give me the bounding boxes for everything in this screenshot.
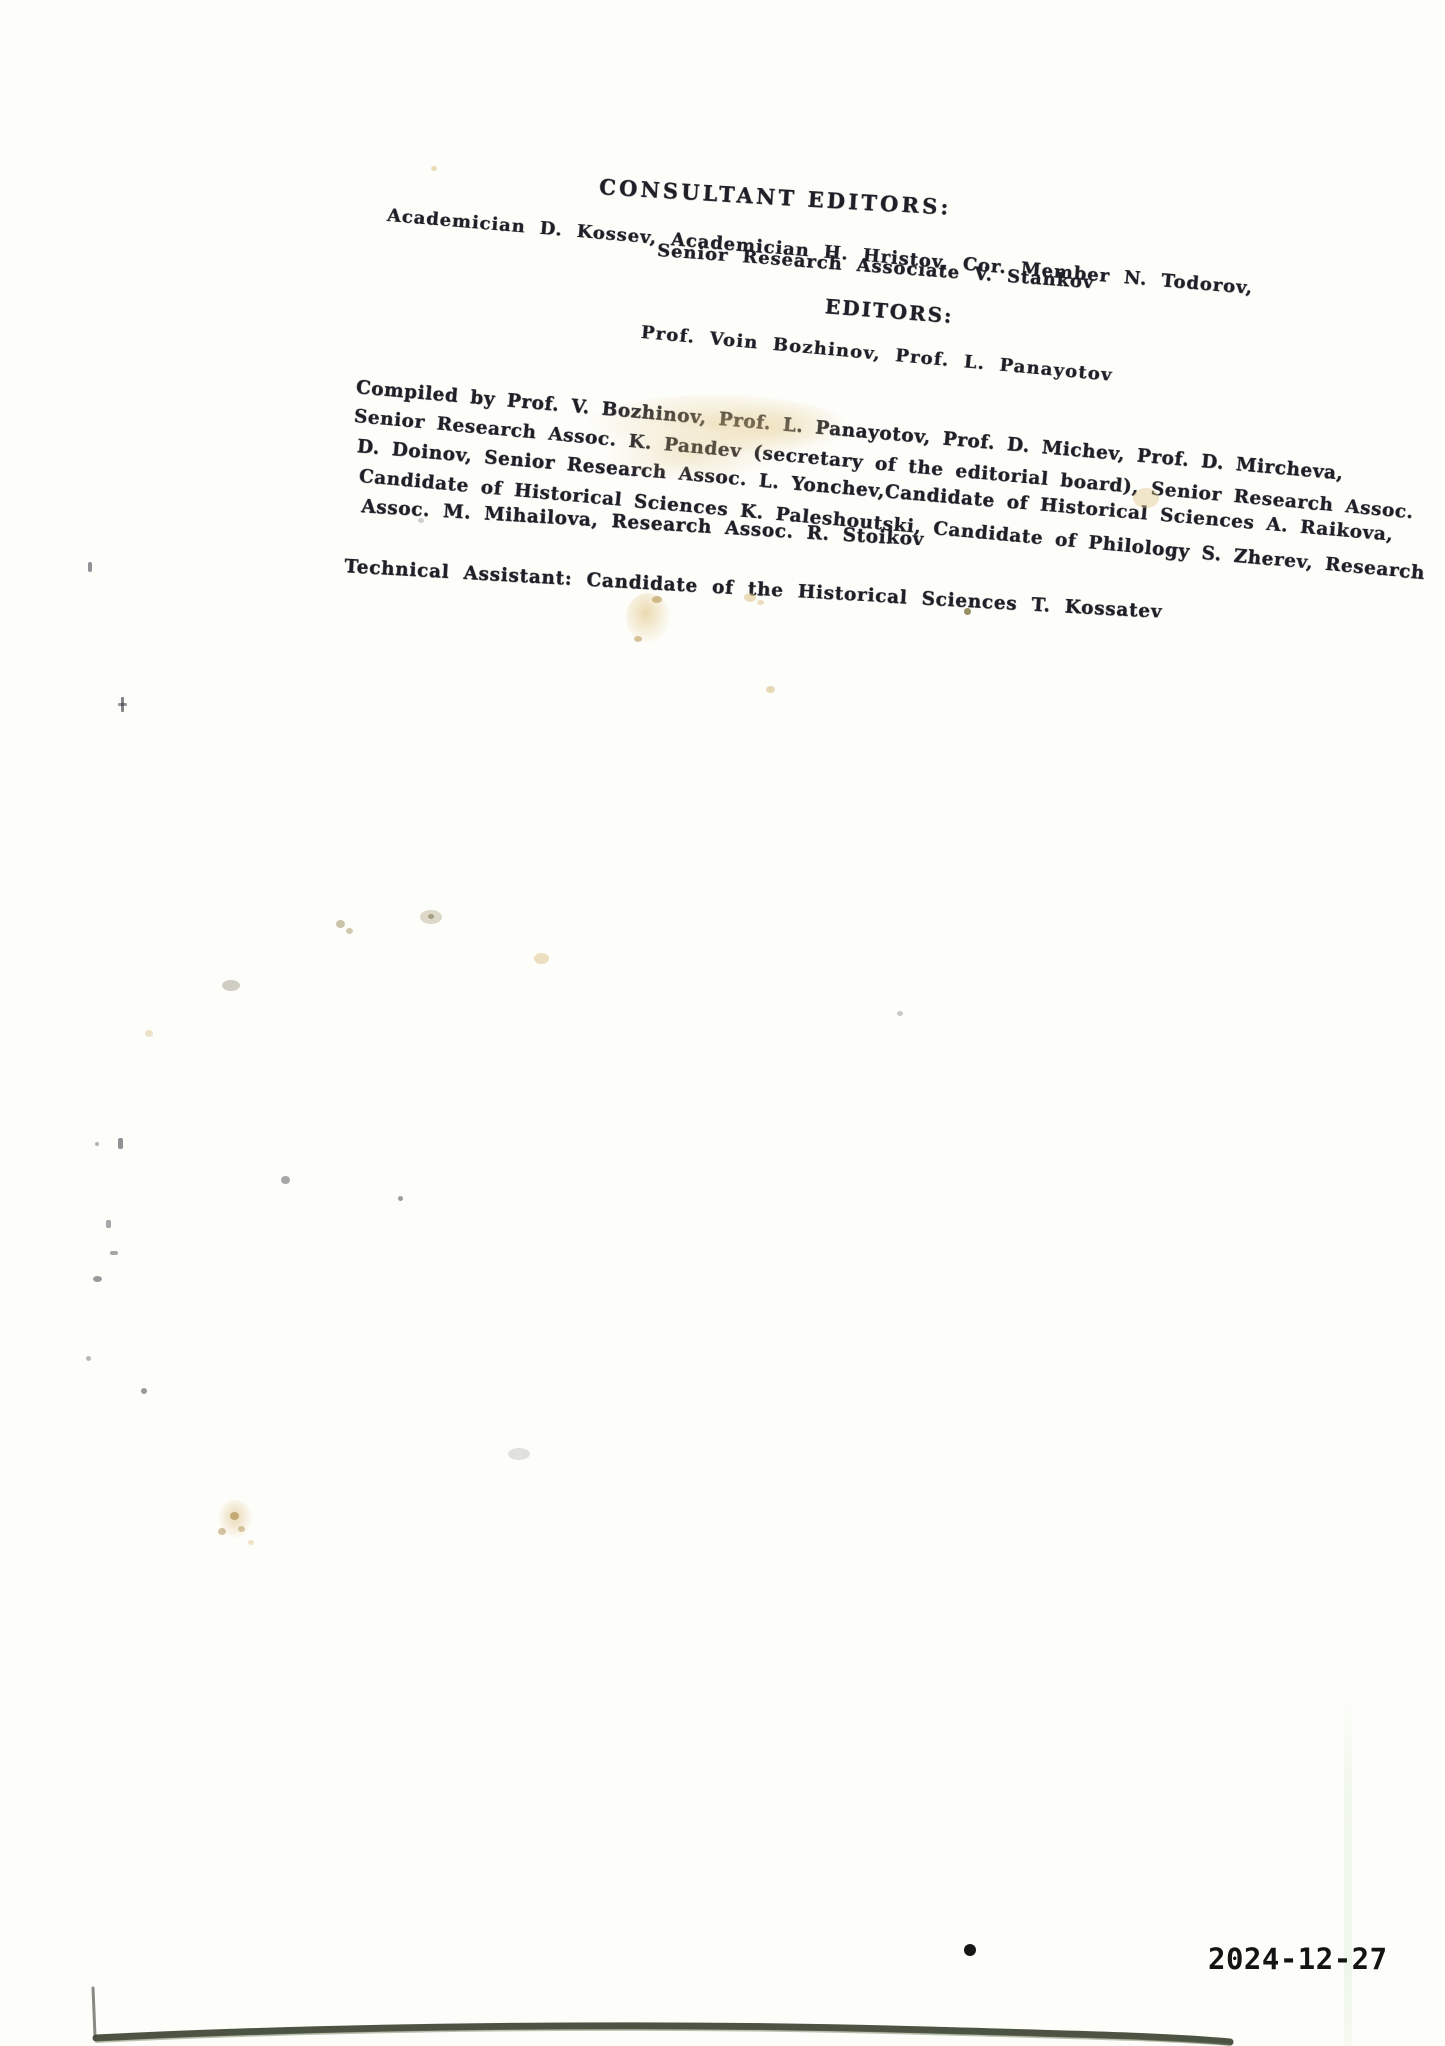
speck-16 xyxy=(281,1176,290,1184)
speck-18 xyxy=(106,1220,111,1228)
speck-left-edge-1 xyxy=(88,562,92,572)
speck-2 xyxy=(757,600,764,605)
speck-15 xyxy=(95,1142,99,1146)
speck-10 xyxy=(534,953,549,964)
editors-names-line: Prof. Voin Bozhinov, Prof. L. Panayotov xyxy=(640,322,1113,386)
stain-midpage-speck2 xyxy=(634,636,642,642)
speck-22 xyxy=(141,1388,147,1394)
mark-left-horizontal xyxy=(118,703,127,706)
speck-13 xyxy=(897,1011,903,1016)
technical-assistant-line: Technical Assistant: Candidate of the Hi… xyxy=(344,556,1163,623)
speck-6 xyxy=(336,920,345,928)
stain-midpage-blob xyxy=(626,593,670,643)
smudge-1 xyxy=(508,1448,530,1460)
speck-8 xyxy=(420,910,442,924)
speck-12 xyxy=(145,1030,153,1037)
stain-bottomleft-s4 xyxy=(248,1540,254,1545)
speck-17 xyxy=(398,1196,403,1201)
editors-heading: EDITORS: xyxy=(824,294,954,328)
scan-edge-bottom xyxy=(88,1972,1238,2046)
stain-bottomleft-s2 xyxy=(218,1528,226,1535)
scanner-streak xyxy=(1344,1690,1352,2046)
speck-3 xyxy=(766,686,775,693)
speck-19 xyxy=(110,1251,118,1255)
speck-5 xyxy=(431,166,437,171)
speck-14 xyxy=(118,1138,123,1149)
stain-bottomleft-blob xyxy=(218,1500,252,1538)
bullet-dot xyxy=(964,1944,976,1956)
speck-21 xyxy=(86,1356,91,1361)
stain-bottomleft-s1 xyxy=(230,1512,239,1520)
stain-bottomleft-s3 xyxy=(238,1526,245,1532)
speck-11 xyxy=(222,980,240,991)
consultant-editors-heading: CONSULTANT EDITORS: xyxy=(599,174,953,220)
scanned-page: CONSULTANT EDITORS: Academician D. Kosse… xyxy=(0,0,1445,2046)
stain-midpage-speck1 xyxy=(652,596,662,603)
speck-20 xyxy=(93,1276,102,1282)
mark-left-vertical xyxy=(121,697,124,712)
speck-9 xyxy=(428,914,434,919)
speck-7 xyxy=(346,928,353,934)
date-stamp: 2024-12-27 xyxy=(1208,1942,1388,1976)
